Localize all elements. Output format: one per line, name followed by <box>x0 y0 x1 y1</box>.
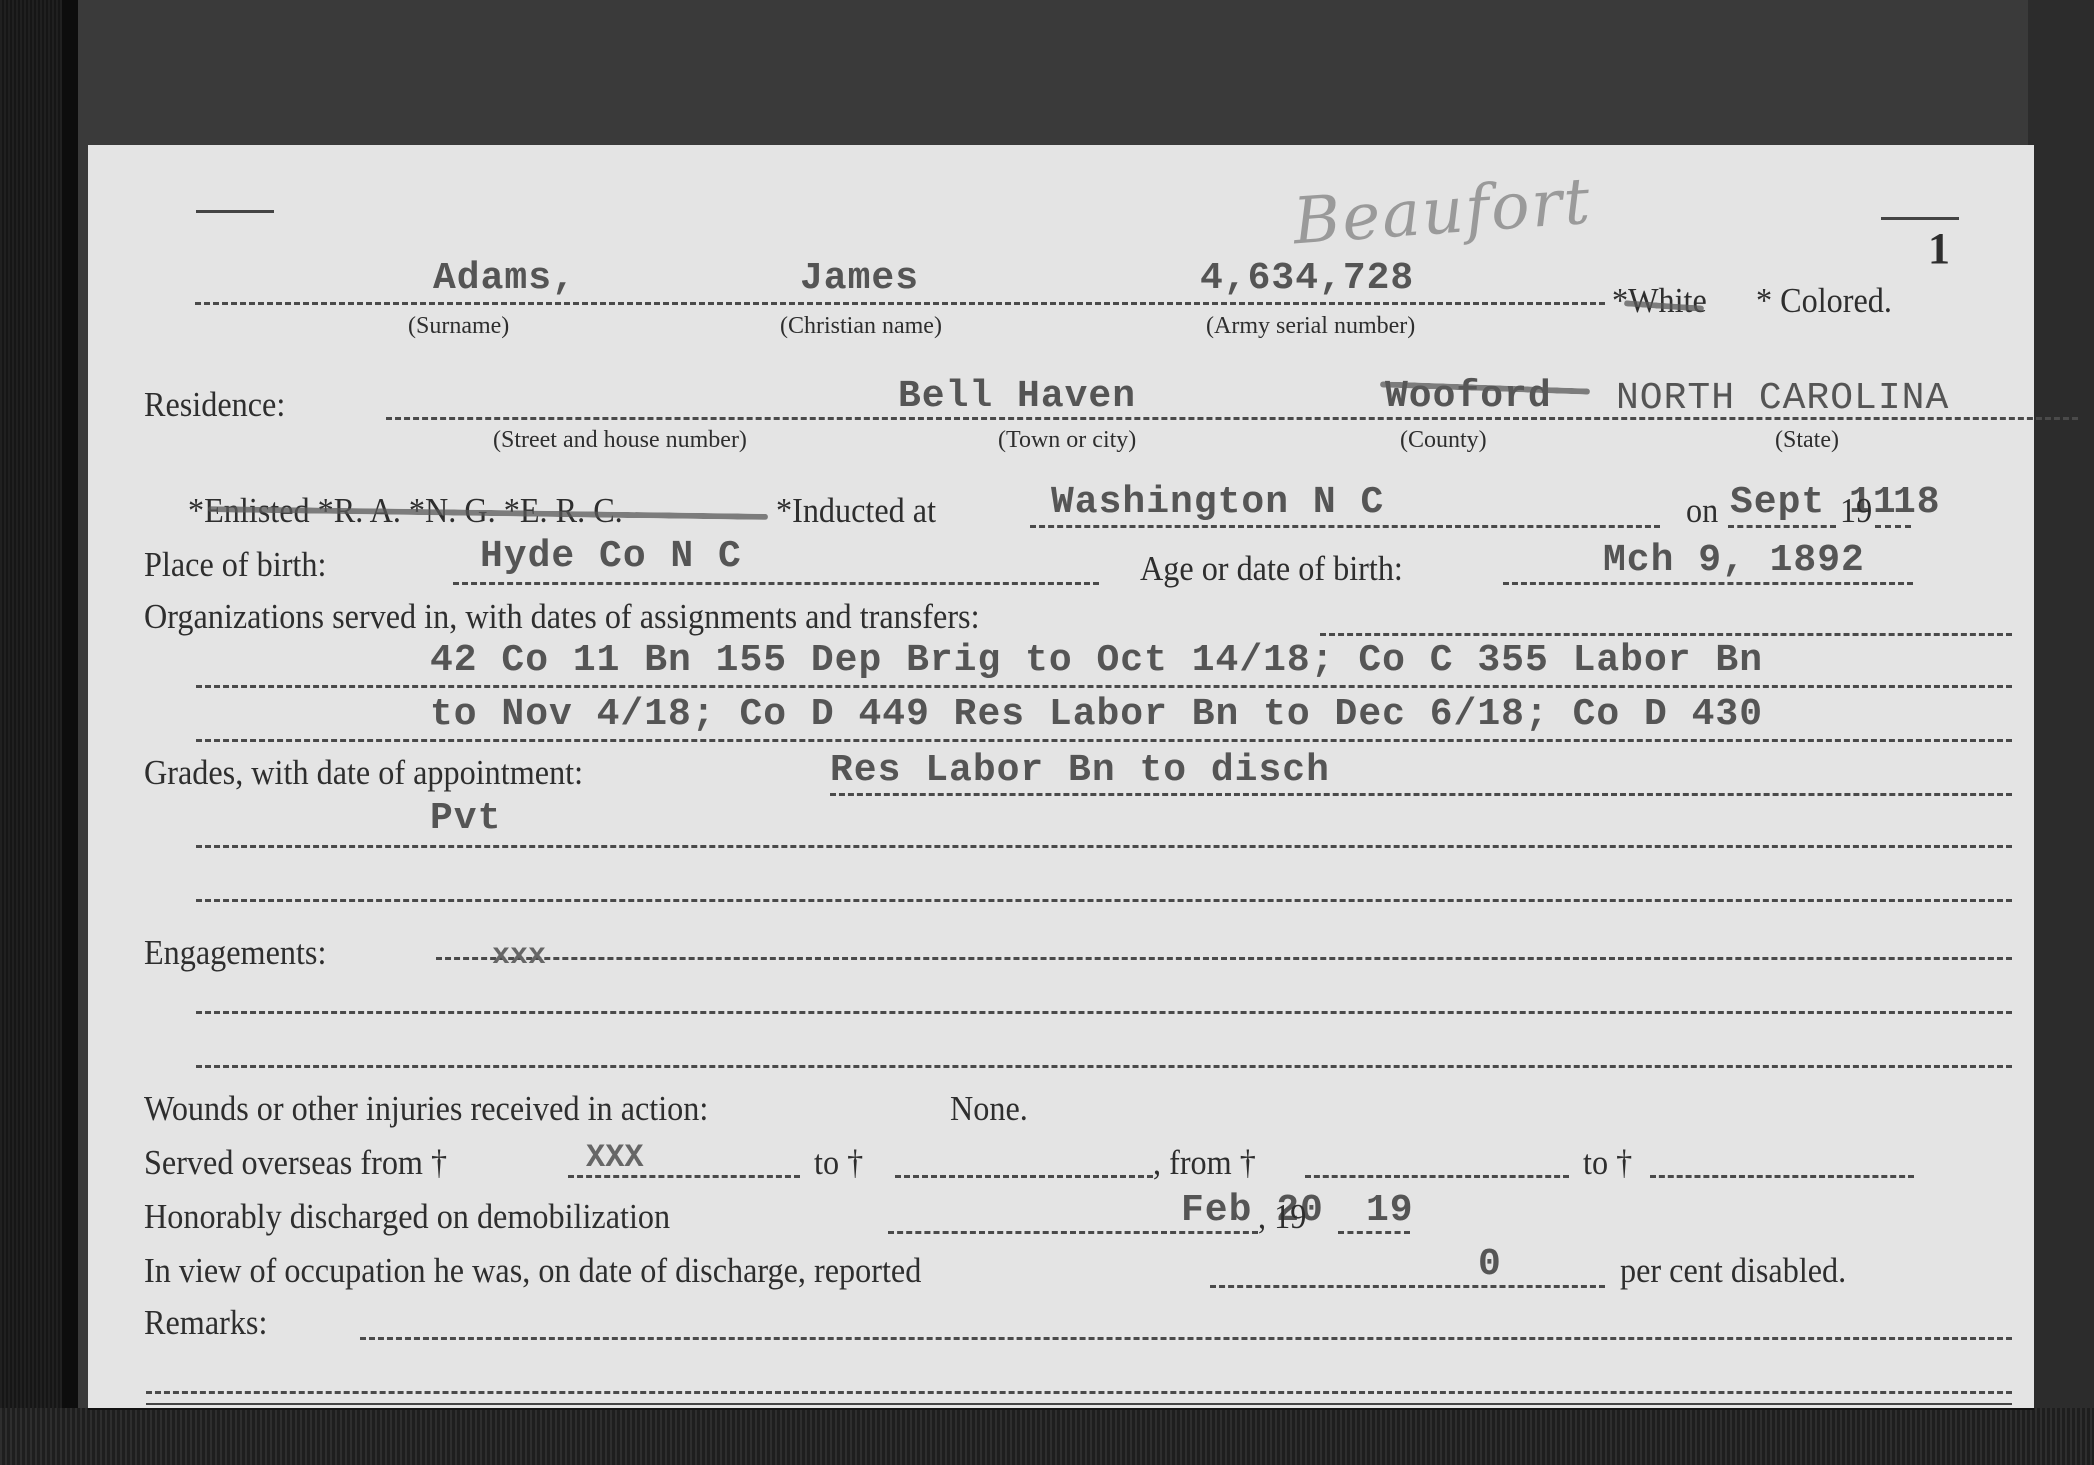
state-value: NORTH CAROLINA <box>1616 377 1949 420</box>
place-of-birth-label: Place of birth: <box>144 545 326 585</box>
engagements-line-1 <box>196 1011 2012 1014</box>
card-number: 1 <box>1928 223 1950 274</box>
surname-value: Adams, <box>433 257 576 300</box>
inducted-year-prefix: 19 <box>1840 491 1872 531</box>
scanner-edge-right <box>2028 0 2094 1465</box>
organizations-label: Organizations served in, with dates of a… <box>144 597 980 637</box>
christian-name-value: James <box>800 257 919 300</box>
overseas-to-line <box>895 1175 1153 1178</box>
top-right-rule <box>1881 217 1959 220</box>
serial-number-label: (Army serial number) <box>1206 313 1415 340</box>
grades-line-0 <box>830 793 2012 796</box>
grades-line-1 <box>196 845 2012 848</box>
wounds-label: Wounds or other injuries received in act… <box>144 1089 708 1129</box>
engagements-line-2 <box>196 1065 2012 1068</box>
engagements-line-0 <box>436 957 2012 960</box>
discharge-label: Honorably discharged on demobilization <box>144 1197 670 1237</box>
on-label: on <box>1686 491 1718 531</box>
county-label: (County) <box>1400 427 1487 454</box>
name-line <box>195 302 1605 305</box>
scanner-shadow <box>62 0 78 1465</box>
street-label: (Street and house number) <box>493 427 747 454</box>
overseas-from-value: XXX <box>586 1139 644 1176</box>
wounds-value: None. <box>950 1089 1028 1129</box>
top-left-rule <box>196 210 274 213</box>
serial-number-value: 4,634,728 <box>1200 257 1414 300</box>
overseas-to-label: to † <box>814 1143 863 1183</box>
overseas-from2-label: , from † <box>1153 1143 1256 1183</box>
place-of-birth-line <box>453 582 1099 585</box>
remarks-label: Remarks: <box>144 1303 267 1343</box>
organizations-line-0 <box>1320 633 2012 636</box>
grade-value: Pvt <box>430 797 501 840</box>
scanner-edge-bottom <box>0 1408 2094 1465</box>
inducted-place-line <box>1030 525 1660 528</box>
remarks-line-1 <box>146 1391 2012 1394</box>
disability-line <box>1210 1285 1605 1288</box>
organizations-line-1 <box>196 685 2012 688</box>
discharge-year-value: 19 <box>1366 1189 1414 1232</box>
inducted-date-line <box>1728 525 1836 528</box>
town-value: Bell Haven <box>898 375 1136 418</box>
age-line <box>1503 582 1913 585</box>
grades-line-2 <box>196 899 2012 902</box>
town-label: (Town or city) <box>998 427 1136 454</box>
disability-suffix: per cent disabled. <box>1620 1251 1846 1291</box>
overseas-from-label: Served overseas from † <box>144 1143 447 1183</box>
inducted-year-value: 18 <box>1893 481 1941 524</box>
surname-label: (Surname) <box>408 313 509 340</box>
state-label: (State) <box>1775 427 1839 454</box>
service-record-card: Beaufort 1 Adams, (Surname) James (Chris… <box>88 145 2034 1408</box>
grades-label: Grades, with date of appointment: <box>144 753 583 793</box>
overseas-to2-label: to † <box>1583 1143 1632 1183</box>
overseas-to2-line <box>1650 1175 1914 1178</box>
pencil-annotation: Beaufort <box>1291 165 1594 260</box>
overseas-from2-line <box>1305 1175 1569 1178</box>
age-label: Age or date of birth: <box>1140 549 1403 589</box>
inducted-place-value: Washington N C <box>1051 481 1384 524</box>
organization-entry: to Nov 4/18; Co D 449 Res Labor Bn to De… <box>430 693 1763 736</box>
disability-percent-value: 0 <box>1478 1243 1502 1286</box>
christian-name-label: (Christian name) <box>780 313 942 340</box>
date-of-birth-value: Mch 9, 1892 <box>1603 539 1865 582</box>
organizations-line-2 <box>196 739 2012 742</box>
place-of-birth-value: Hyde Co N C <box>480 535 742 578</box>
race-colored-option: * Colored. <box>1756 281 1892 321</box>
residence-label: Residence: <box>144 385 285 425</box>
engagements-label: Engagements: <box>144 933 326 973</box>
remarks-line-0 <box>360 1337 2012 1340</box>
discharge-year-prefix: , 19 <box>1258 1197 1306 1237</box>
inducted-at-label: *Inducted at <box>776 491 936 531</box>
disability-label: In view of occupation he was, on date of… <box>144 1251 921 1291</box>
engagements-value: xxx <box>492 939 546 973</box>
organization-entry: Res Labor Bn to disch <box>830 749 1330 792</box>
inducted-year-line <box>1875 525 1911 528</box>
organization-entry: 42 Co 11 Bn 155 Dep Brig to Oct 14/18; C… <box>430 639 1763 682</box>
bottom-rule <box>146 1403 2012 1405</box>
